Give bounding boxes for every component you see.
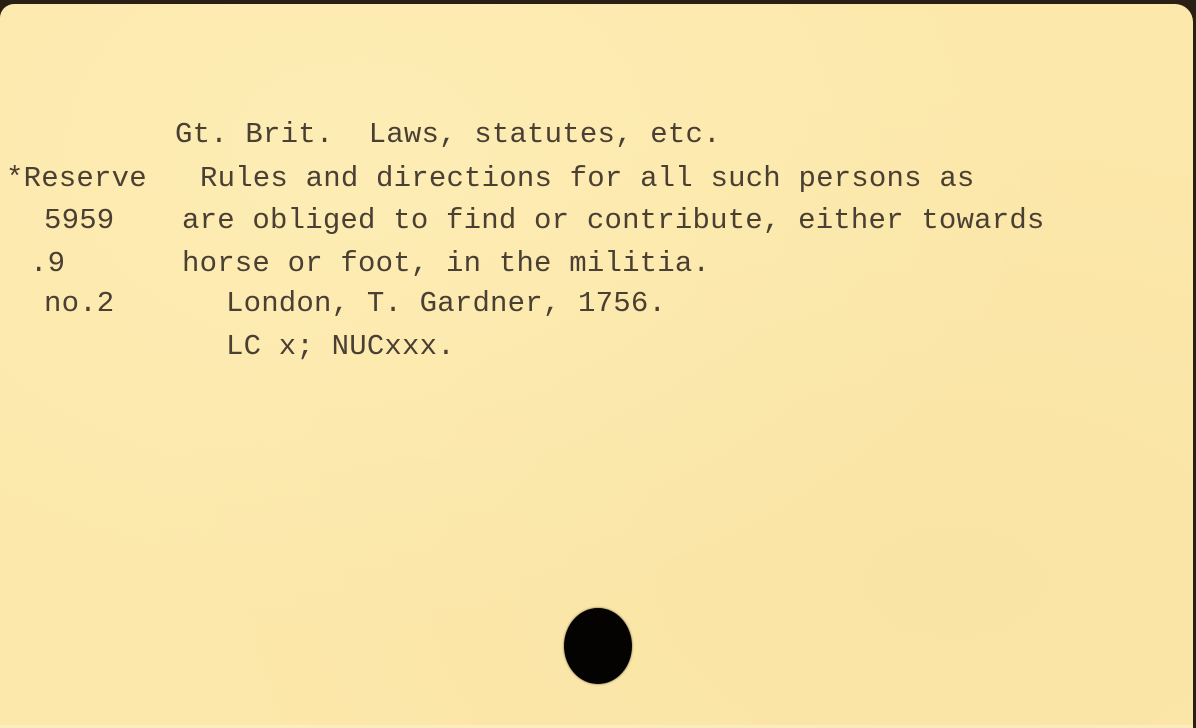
title-line-3: horse or foot, in the militia.: [182, 249, 710, 278]
call-number-item: no.2: [44, 289, 114, 318]
title-line-1: Rules and directions for all such person…: [200, 164, 975, 193]
imprint: London, T. Gardner, 1756.: [226, 289, 666, 318]
call-number-reserve: *Reserve: [6, 164, 147, 193]
main-heading: Gt. Brit. Laws, statutes, etc.: [175, 120, 721, 149]
title-line-2: are obliged to find or contribute, eithe…: [182, 206, 1045, 235]
call-number-decimal: .9: [30, 249, 65, 278]
call-number-class: 5959: [44, 206, 114, 235]
punch-hole-icon: [564, 608, 632, 684]
holdings-note: LC x; NUCxxx.: [226, 332, 455, 361]
catalog-card: Gt. Brit. Laws, statutes, etc. *Reserve …: [0, 4, 1193, 728]
